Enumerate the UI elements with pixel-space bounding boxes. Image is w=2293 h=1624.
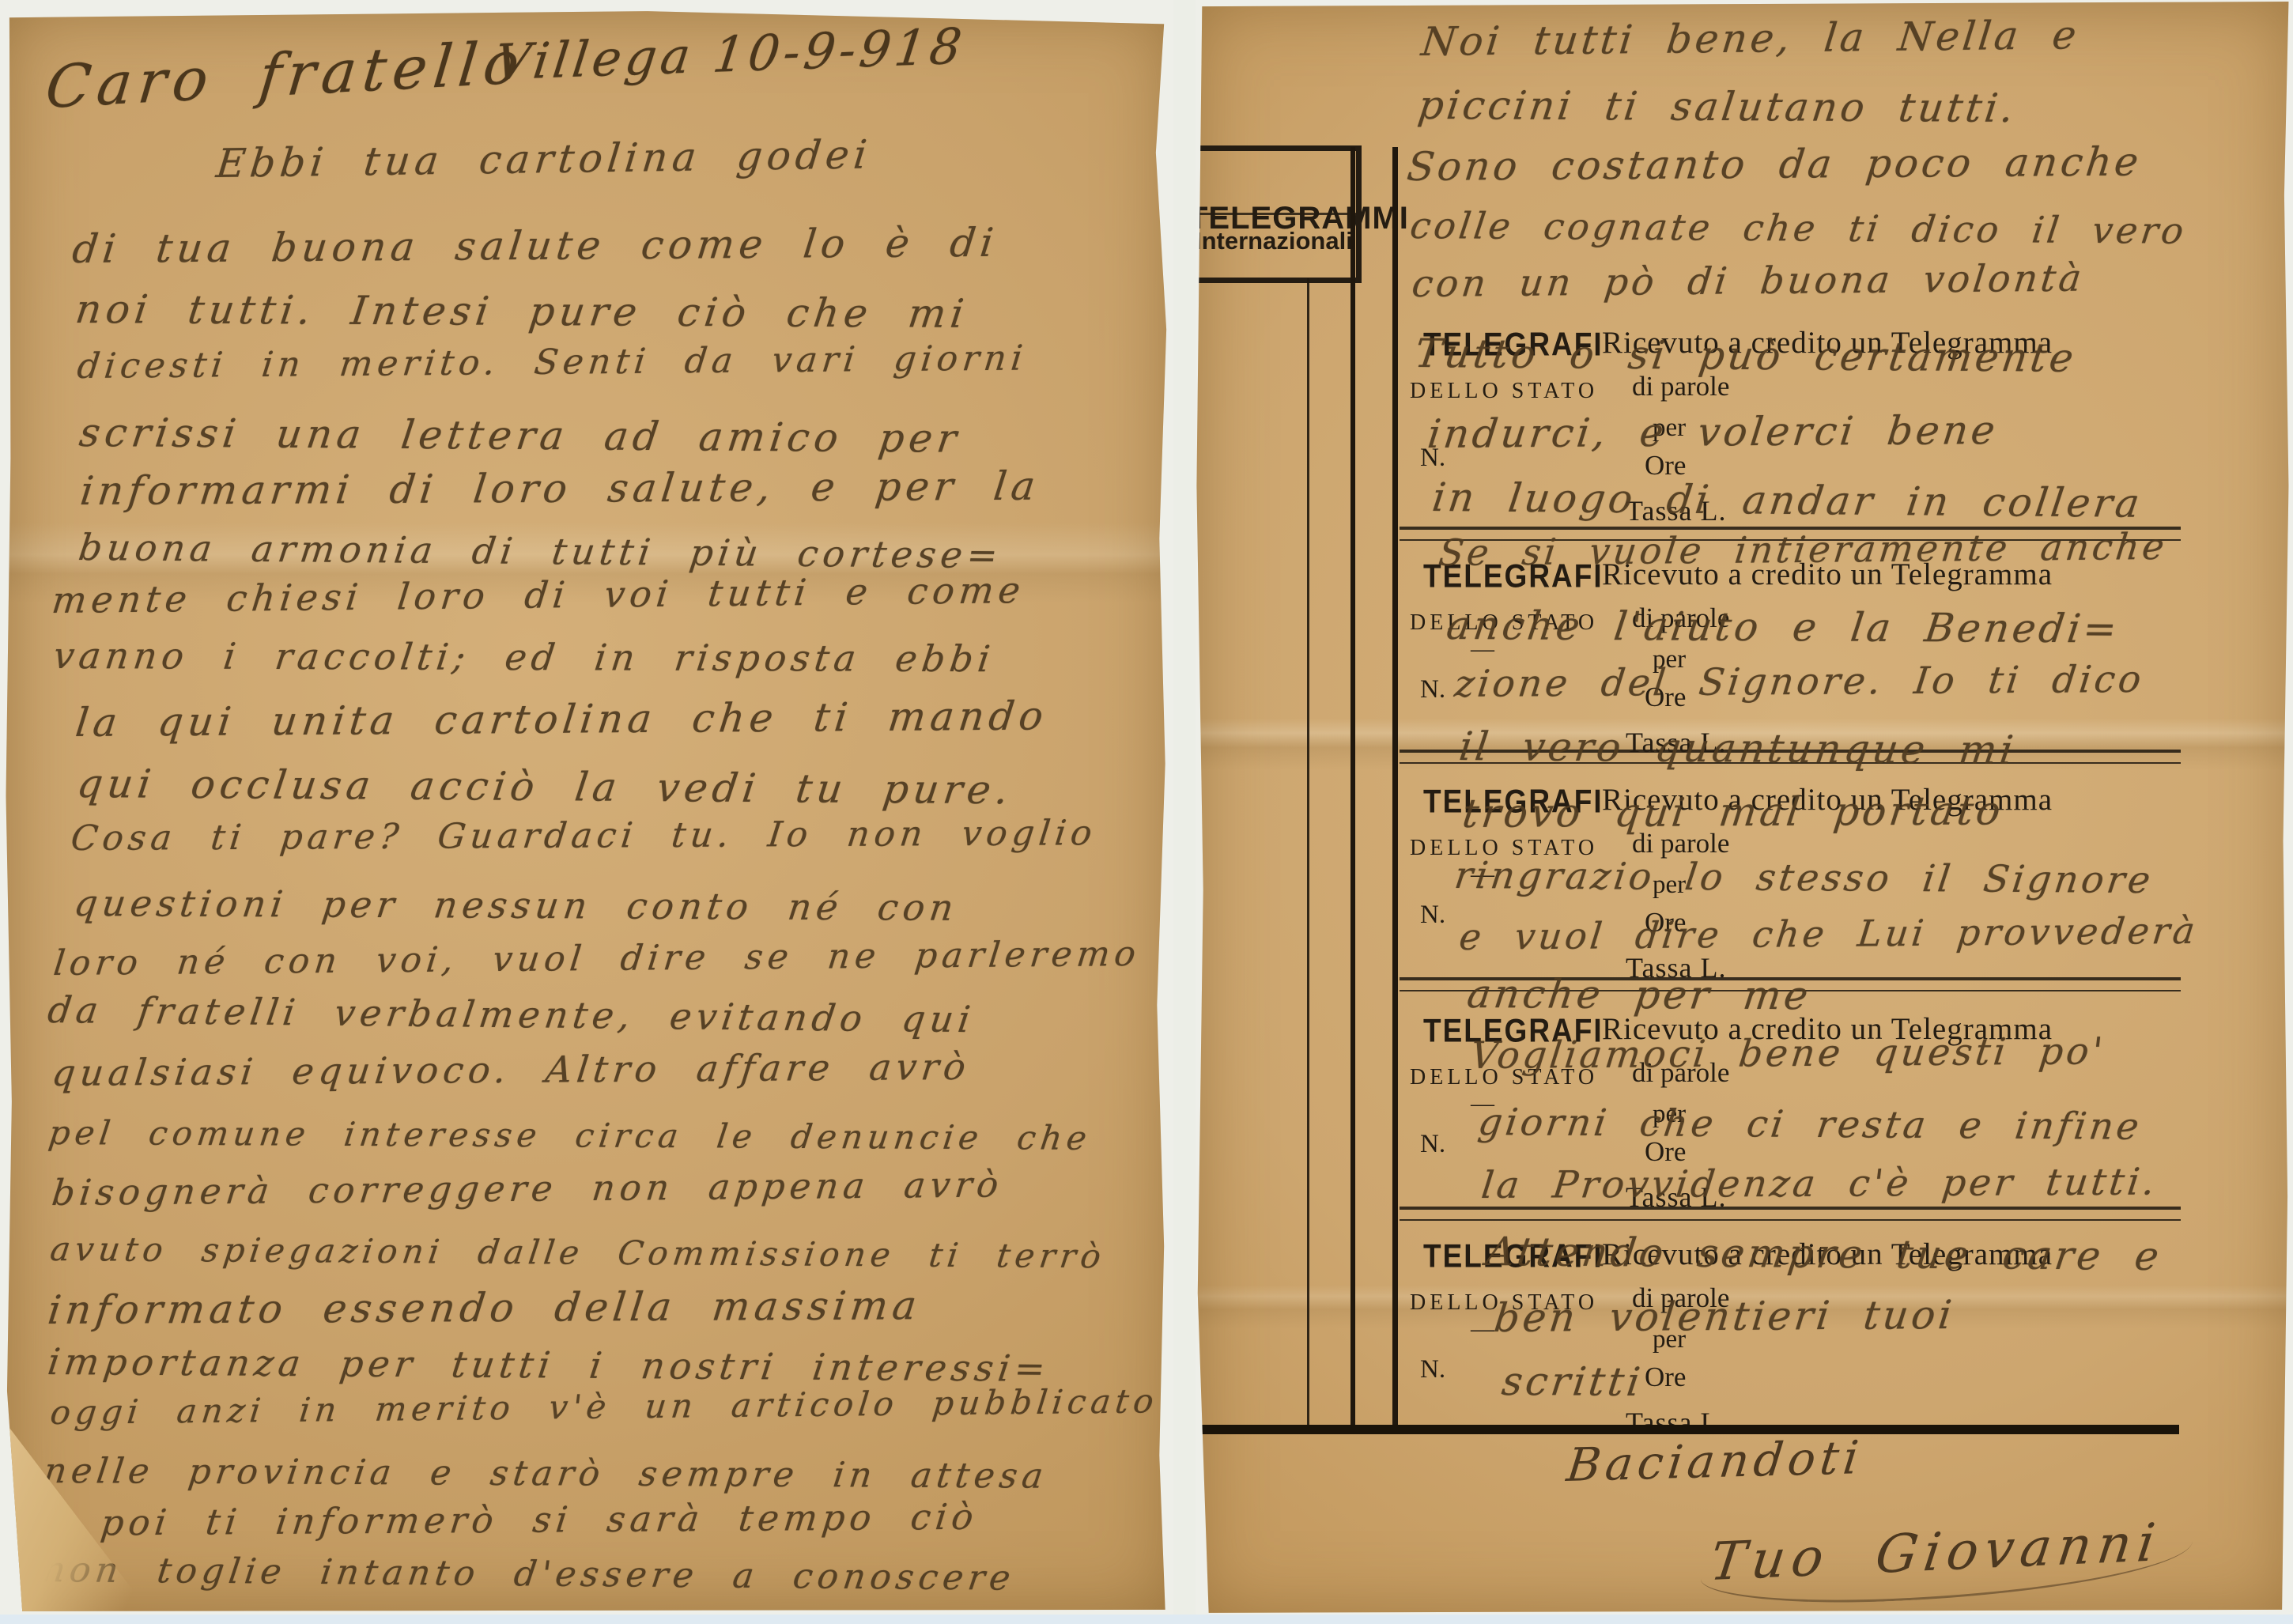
letter-left-page: Caro fratello Villega 10-9-918 Ebbi tua … xyxy=(5,8,1173,1616)
handwriting-line: informarmi di loro salute, e per la xyxy=(78,463,1043,514)
number-label: N. xyxy=(1420,1130,1445,1159)
handwriting-line: da fratelli verbalmente, evitando qui xyxy=(45,988,977,1040)
header-box-divider xyxy=(1196,213,1356,215)
handwriting-line: bisognerà correggere non appena avrò xyxy=(50,1163,1005,1214)
handwriting-line: scrissi una lettera ad amico per xyxy=(77,410,964,462)
salutation: Caro fratello xyxy=(43,28,529,122)
handwriting-line: Cosa ti pare? Guardaci tu. Io non voglio xyxy=(69,813,1099,859)
handwriting-line: anche per me xyxy=(1464,971,1814,1018)
handwriting-line: indurci, e volerci bene xyxy=(1426,407,2000,457)
handwriting-line: loro né con voi, vuol dire se ne parlere… xyxy=(51,934,1143,984)
handwriting-line: non toglie intanto d'essere a conoscere xyxy=(40,1550,1018,1599)
signature: Tuo Giovanni xyxy=(1697,1510,2197,1610)
handwriting-line: ringrazio lo stesso il Signore xyxy=(1452,854,2155,902)
footer-rule xyxy=(1196,1425,2179,1434)
handwriting-line: trovo qui mal portato xyxy=(1460,787,2006,837)
handwriting-line: nelle provincia e starò sempre in attesa xyxy=(42,1451,1050,1497)
handwriting-line: colle cognate che ti dico il vero xyxy=(1407,204,2189,252)
handwriting-line: avuto spiegazioni dalle Commissione ti t… xyxy=(48,1229,1108,1275)
dateline: Villega 10-9-918 xyxy=(492,17,969,91)
handwriting-line: qualsiasi equivoco. Altro affare avrò xyxy=(50,1045,973,1094)
handwriting-line: la Provvidenza c'è per tutti. xyxy=(1479,1161,2160,1208)
handwriting-line: giorni che ci resta e infine xyxy=(1475,1101,2144,1149)
handwriting-line: Noi tutti bene, la Nella e xyxy=(1419,12,2082,65)
handwriting-line: in luogo di andar in collera xyxy=(1430,474,2145,527)
handwriting-line: dicesti in merito. Senti da vari giorni xyxy=(75,338,1029,387)
number-label: N. xyxy=(1420,901,1445,930)
header-box-title: i TELEGRAMMI xyxy=(1196,165,1409,236)
handwriting-line: qui occlusa acciò la vedi tu pure. xyxy=(74,761,1015,813)
handwriting-line: Ebbi tua cartolina godei xyxy=(214,131,874,187)
handwriting-line: pel comune interesse circa le denuncie c… xyxy=(47,1113,1094,1158)
handwriting-line: noi tutti. Intesi pure ciò che mi xyxy=(73,286,971,337)
handwriting-line: scritti xyxy=(1499,1358,1645,1405)
handwriting-line: oggi anzi in merito v'è un articolo pubb… xyxy=(48,1381,1160,1432)
handwriting-line: di tua buona salute come lo è di xyxy=(70,220,1001,272)
handwriting-line: questioni per nessun conto né con xyxy=(72,882,961,929)
handwriting-line: e poi ti informerò si sarà tempo ciò xyxy=(38,1496,980,1544)
handwriting-line: e vuol dire che Lui provvederà xyxy=(1457,909,2200,958)
handwriting-line: Attendo sempre tue care e xyxy=(1483,1229,2164,1279)
letter-right-page: i TELEGRAMMI Internazionali TELEGRAFI DE… xyxy=(1196,2,2293,1616)
handwriting-line: Vogliamoci bene questi po' xyxy=(1468,1029,2108,1078)
handwriting-line: la qui unita cartolina che ti mando xyxy=(74,693,1051,746)
bottom-scan-strip xyxy=(0,1615,2293,1624)
telegram-header-box: i TELEGRAMMI Internazionali xyxy=(1196,145,1362,283)
handwriting-line: buona armonia di tutti più cortese= xyxy=(76,526,1005,576)
handwriting-line: anche l'aiuto e la Benedi= xyxy=(1444,602,2122,651)
handwriting-line: importanza per tutti i nostri interessi= xyxy=(45,1340,1052,1390)
handwriting-line: informato essendo della massima xyxy=(46,1282,924,1333)
handwriting-line: il vero quantunque mi xyxy=(1456,723,2019,773)
block-separator xyxy=(1400,1207,2181,1221)
number-label: N. xyxy=(1420,675,1445,704)
scanned-letter: Caro fratello Villega 10-9-918 Ebbi tua … xyxy=(0,0,2293,1624)
number-label: N. xyxy=(1420,1355,1445,1384)
hours-label: Ore xyxy=(1645,1362,1686,1393)
agency-sub: DELLO STATO xyxy=(1410,379,1598,404)
closing: Baciandoti xyxy=(1564,1430,1866,1492)
handwriting-line: zione del Signore. Io ti dico xyxy=(1452,658,2147,706)
header-box-subtitle: Internazionali xyxy=(1196,227,1353,255)
handwriting-line: Se si vuole intieramente anche xyxy=(1437,525,2170,574)
page-gap xyxy=(1173,0,1196,1624)
handwriting-line: con un pò di buona volontà xyxy=(1410,257,2087,306)
handwriting-line: vanno i raccolti; ed in risposta ebbi xyxy=(51,634,997,680)
dash: — xyxy=(1471,1316,1494,1343)
handwriting-line: ben volentieri tuoi xyxy=(1492,1292,1957,1341)
handwriting-line: Tutto o si può certamente xyxy=(1412,330,2079,381)
handwriting-line: piccini ti salutano tutti. xyxy=(1415,82,2019,131)
handwriting-line: Sono costanto da poco anche xyxy=(1405,138,2144,190)
handwriting-line: mente chiesi loro di voi tutti e come xyxy=(50,568,1027,621)
